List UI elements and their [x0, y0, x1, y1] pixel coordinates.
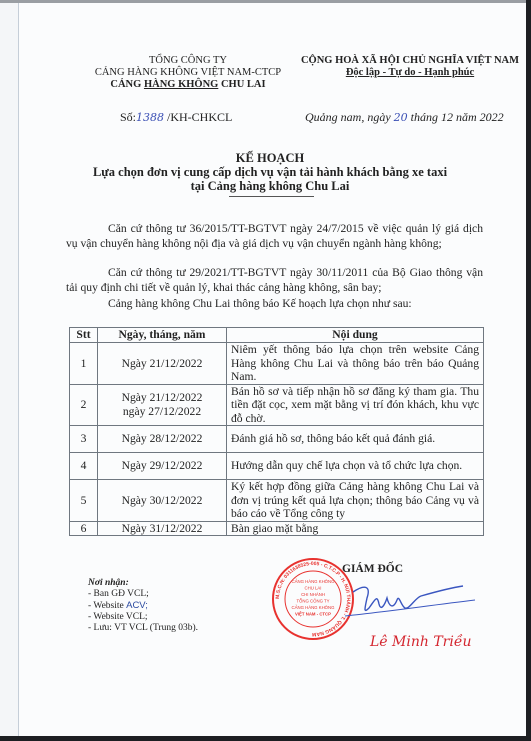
- document-number: Số:1388 /KH-CHKCL: [120, 110, 232, 125]
- title-heading: KẾ HOẠCH: [60, 151, 480, 165]
- issuer-parent: TỔNG CÔNG TY: [88, 55, 288, 67]
- cell-stt: 1: [70, 343, 98, 385]
- title-subtitle-1: Lựa chọn đơn vị cung cấp dịch vụ vận tải…: [60, 165, 480, 179]
- title-subtitle-2: tại Cảng hàng không Chu Lai: [60, 179, 480, 193]
- cell-date: Ngày 21/12/2022: [98, 343, 227, 385]
- table-row: 1Ngày 21/12/2022Niêm yết thông báo lựa c…: [70, 343, 484, 385]
- table-row: 2Ngày 21/12/2022ngày 27/12/2022Bán hồ sơ…: [70, 384, 484, 426]
- svg-text:VIỆT NAM - CTCP: VIỆT NAM - CTCP: [295, 612, 331, 617]
- signer-title: GIÁM ĐỐC: [342, 563, 403, 575]
- header-stt: Stt: [70, 328, 98, 343]
- recipient-item: - Lưu: VT VCL (Trung 03b).: [88, 623, 198, 634]
- document-title: KẾ HOẠCH Lựa chọn đơn vị cung cấp dịch v…: [60, 151, 480, 193]
- cell-content: Bàn giao mặt bằng: [227, 521, 484, 536]
- table-row: 4Ngày 29/12/2022Hướng dẫn quy chế lựa ch…: [70, 453, 484, 480]
- paragraph-legal-basis-2: Căn cứ thông tư 29/2021/TT-BGTVT ngày 30…: [66, 266, 483, 295]
- cell-date: Ngày 30/12/2022: [98, 480, 227, 522]
- recipients-block: Nơi nhận: - Ban GĐ VCL; - Website ACV; -…: [88, 578, 198, 634]
- table-row: 3Ngày 28/12/2022Đánh giá hồ sơ, thông bá…: [70, 426, 484, 453]
- title-divider: [229, 196, 314, 197]
- table-header-row: Stt Ngày, tháng, năm Nội dung: [70, 328, 484, 343]
- bottom-frame-bar: [0, 736, 531, 741]
- cell-date: Ngày 21/12/2022ngày 27/12/2022: [98, 384, 227, 426]
- cell-content: Niêm yết thông báo lựa chọn trên website…: [227, 343, 484, 385]
- place-date: Quảng nam, ngày 20 tháng 12 năm 2022: [305, 110, 504, 125]
- cell-content: Hướng dẫn quy chế lựa chọn và tổ chức lự…: [227, 453, 484, 480]
- cell-date: Ngày 28/12/2022: [98, 426, 227, 453]
- recipients-label: Nơi nhận:: [88, 578, 198, 589]
- cell-date: Ngày 29/12/2022: [98, 453, 227, 480]
- right-frame-bar: [526, 0, 531, 741]
- recipient-item: - Website VCL;: [88, 612, 198, 623]
- cell-stt: 2: [70, 384, 98, 426]
- handwritten-signature-icon: [345, 578, 485, 623]
- header-content: Nội dung: [227, 328, 484, 343]
- issuer-corporation: CẢNG HÀNG KHÔNG VIỆT NAM-CTCP: [88, 67, 288, 79]
- svg-text:TỔNG CÔNG TY: TỔNG CÔNG TY: [296, 599, 329, 604]
- cell-stt: 3: [70, 426, 98, 453]
- issuer-unit: CẢNG HÀNG KHÔNG CHU LAI: [88, 79, 288, 91]
- svg-text:CẢNG HÀNG KHÔNG: CẢNG HÀNG KHÔNG: [292, 605, 336, 610]
- recipient-item: - Ban GĐ VCL;: [88, 589, 198, 600]
- national-motto: Độc lập - Tự do - Hạnh phúc: [292, 67, 528, 79]
- cell-content: Ký kết hợp đồng giữa Cảng hàng không Chu…: [227, 480, 484, 522]
- paragraph-legal-basis-1: Căn cứ thông tư 36/2015/TT-BGTVT ngày 24…: [66, 222, 483, 251]
- national-header: CỘNG HOÀ XÃ HỘI CHỦ NGHĨA VIỆT NAM Độc l…: [292, 55, 528, 79]
- cell-stt: 6: [70, 521, 98, 536]
- national-title: CỘNG HOÀ XÃ HỘI CHỦ NGHĨA VIỆT NAM: [292, 55, 528, 67]
- recipient-item: - Website ACV;: [88, 600, 198, 612]
- svg-text:CHI NHÁNH: CHI NHÁNH: [301, 592, 325, 597]
- cell-content: Đánh giá hồ sơ, thông báo kết quả đánh g…: [227, 426, 484, 453]
- schedule-table: Stt Ngày, tháng, năm Nội dung 1Ngày 21/1…: [69, 327, 484, 536]
- signer-name: Lê Minh Triều: [370, 634, 471, 650]
- table-row: 6Ngày 31/12/2022Bàn giao mặt bằng: [70, 521, 484, 536]
- cell-content: Bán hồ sơ và tiếp nhận hồ sơ đăng ký tha…: [227, 384, 484, 426]
- svg-text:CHU LAI: CHU LAI: [305, 586, 322, 591]
- cell-date: Ngày 31/12/2022: [98, 521, 227, 536]
- header-date: Ngày, tháng, năm: [98, 328, 227, 343]
- handwritten-number: 1388: [136, 111, 164, 124]
- paragraph-announcement: Cảng hàng không Chu Lai thông báo Kế hoạ…: [66, 297, 483, 312]
- cell-stt: 4: [70, 453, 98, 480]
- handwritten-day: 20: [394, 111, 408, 124]
- issuer-header: TỔNG CÔNG TY CẢNG HÀNG KHÔNG VIỆT NAM-CT…: [88, 55, 288, 91]
- table-row: 5Ngày 30/12/2022Ký kết hợp đồng giữa Cản…: [70, 480, 484, 522]
- svg-text:CẢNG HÀNG KHÔNG: CẢNG HÀNG KHÔNG: [292, 579, 336, 584]
- cell-stt: 5: [70, 480, 98, 522]
